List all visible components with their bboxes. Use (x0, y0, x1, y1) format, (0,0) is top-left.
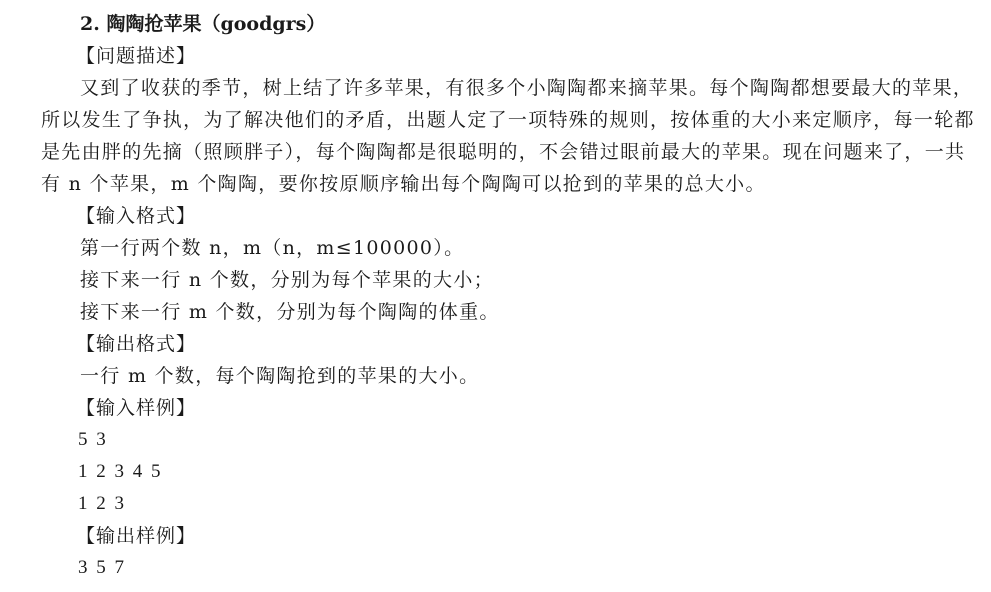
input-format-line: 第一行两个数 n，m（n，m≤100000）。 (80, 236, 464, 260)
description-line: 是先由胖的先摘（照顾胖子），每个陶陶都是很聪明的，不会错过眼前最大的苹果。现在问… (41, 140, 965, 164)
input-format-line: 接下来一行 n 个数，分别为每个苹果的大小； (80, 268, 494, 292)
sample-output-line: 3 5 7 (78, 556, 126, 580)
input-format-line: 接下来一行 m 个数，分别为每个陶陶的体重。 (80, 300, 500, 324)
sample-input-line: 1 2 3 (78, 492, 126, 516)
sample-input-heading: 【输入样例】 (76, 396, 196, 420)
description-line: 有 n 个苹果，m 个陶陶，要你按原顺序输出每个陶陶可以抢到的苹果的总大小。 (41, 172, 766, 196)
sample-output-heading: 【输出样例】 (76, 524, 196, 548)
output-format-heading: 【输出格式】 (76, 332, 196, 356)
description-line: 所以发生了争执，为了解决他们的矛盾，出题人定了一项特殊的规则，按体重的大小来定顺… (41, 108, 975, 132)
input-format-heading: 【输入格式】 (76, 204, 196, 228)
description-heading: 【问题描述】 (76, 44, 196, 68)
problem-title: 2. 陶陶抢苹果（goodgrs） (80, 12, 325, 36)
sample-input-line: 1 2 3 4 5 (78, 460, 163, 484)
output-format-line: 一行 m 个数，每个陶陶抢到的苹果的大小。 (80, 364, 479, 388)
description-line: 又到了收获的季节，树上结了许多苹果，有很多个小陶陶都来摘苹果。每个陶陶都想要最大… (80, 76, 973, 100)
sample-input-line: 5 3 (78, 428, 108, 452)
